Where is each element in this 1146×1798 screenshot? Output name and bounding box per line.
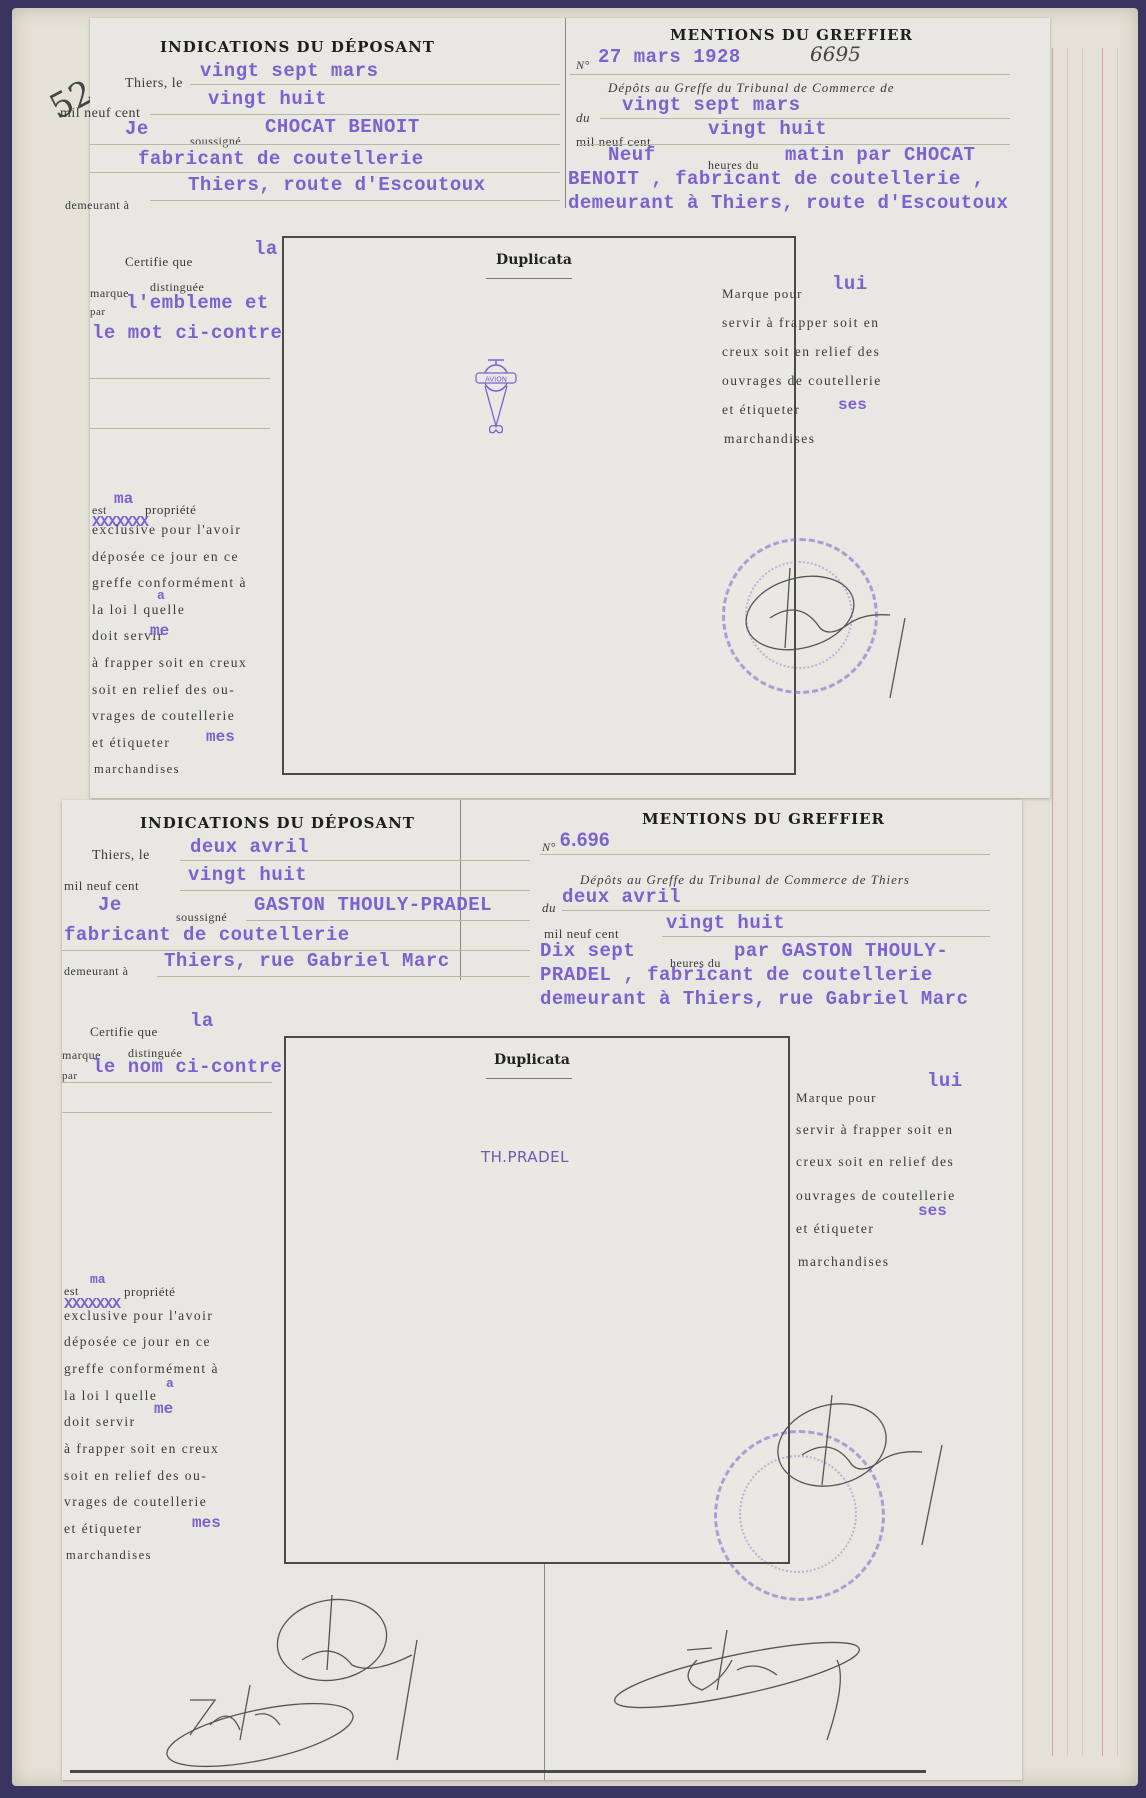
svg-text:AVION: AVION (485, 376, 507, 384)
body-line: marchandises (66, 1548, 152, 1563)
je-value: Je (125, 118, 149, 140)
body-line: servir à frapper soit en (722, 315, 879, 331)
duplicata-title: Duplicata (274, 252, 794, 268)
signature-rouy (730, 558, 930, 698)
ledger-grid-line (1117, 48, 1118, 1756)
body-line: ouvrages de coutellerie (722, 373, 882, 389)
du-value: vingt sept mars (622, 94, 801, 116)
fill-line (540, 854, 990, 855)
marque-etiqueter-value: ses (838, 396, 867, 414)
no-label: N° (576, 58, 590, 73)
deposit-form-2: INDICATIONS DU DÉPOSANT Thiers, le deux … (62, 800, 1022, 1780)
no-label: N° (542, 840, 556, 855)
propriete-label: propriété (145, 502, 196, 518)
body-line: exclusive pour l'avoir (64, 1308, 213, 1324)
profession-value: fabricant de coutellerie (138, 148, 424, 170)
page-edge (70, 1770, 926, 1773)
greffier-line-1: matin par CHOCAT (785, 144, 975, 166)
depositor-name: GASTON THOULY-PRADEL (254, 894, 492, 916)
marque-pour-value: lui (927, 1070, 963, 1092)
body-line: greffe conformément à (64, 1361, 219, 1377)
etiqueter-value: mes (192, 1514, 221, 1532)
address-value: Thiers, rue Gabriel Marc (164, 950, 450, 972)
fill-line (62, 1082, 272, 1083)
fill-line (180, 860, 530, 861)
est-value: ma (90, 1272, 106, 1287)
par-value-2: le mot ci-contre (92, 322, 282, 344)
date-value: vingt sept mars (200, 60, 379, 82)
demeurant-label: demeurant à (65, 198, 129, 213)
greffier-heading: MENTIONS DU GREFFIER (670, 26, 913, 44)
body-line: creux soit en relief des (722, 344, 880, 360)
par-value-1: l'embleme et (126, 292, 269, 314)
marque-pour-label: Marque pour (796, 1090, 877, 1106)
fill-line (90, 144, 560, 145)
doit-value: me (154, 1400, 173, 1418)
certifie-label: Certifie que (90, 1024, 158, 1040)
soussigne-label: soussigné (176, 910, 227, 925)
fill-line (90, 378, 270, 379)
duplicata-box: Duplicata AVION (282, 236, 796, 775)
ledger-grid-line (1067, 48, 1068, 1756)
greffier-heading: MENTIONS DU GREFFIER (642, 810, 885, 828)
ledger-margin-line (1102, 48, 1103, 1756)
body-line: servir à frapper soit en (796, 1122, 953, 1138)
body-line: et étiqueter (92, 735, 170, 751)
par-value-1: le nom ci-contre (92, 1056, 282, 1078)
address-value: Thiers, route d'Escoutoux (188, 174, 486, 196)
fill-line (180, 890, 530, 891)
soussigne-label: soussigné (190, 134, 241, 149)
par-label: par (90, 306, 106, 318)
fill-line (662, 936, 990, 937)
par-label: par (62, 1070, 78, 1082)
fill-line (562, 910, 990, 911)
body-line: à frapper soit en creux (92, 655, 247, 671)
body-line: soit en relief des ou- (64, 1468, 207, 1484)
greffier-line-2: BENOIT , fabricant de coutellerie , (568, 168, 985, 190)
body-line: la loi l quelle (92, 602, 185, 618)
registration-number: 6.696 (560, 830, 610, 852)
loi-insert: a (157, 588, 165, 603)
depositor-name: CHOCAT BENOIT (265, 116, 420, 138)
greffier-line-1: par GASTON THOULY- (734, 940, 948, 962)
marque-label: marque (90, 286, 129, 301)
doit-value: me (150, 622, 169, 640)
title-underline (486, 278, 572, 279)
body-line: et étiqueter (796, 1221, 874, 1237)
body-line: et étiqueter (722, 402, 800, 418)
du-label: du (576, 110, 590, 126)
body-line: doit servir (64, 1414, 136, 1430)
demeurant-label: demeurant à (64, 964, 128, 979)
greffier-line-3: demeurant à Thiers, route d'Escoutoux (568, 192, 1008, 214)
date-value: deux avril (190, 836, 309, 858)
ledger-margin-line (1052, 48, 1053, 1756)
etiqueter-value: mes (206, 728, 235, 746)
body-line: greffe conformément à (92, 575, 247, 591)
city-label: Thiers, le (125, 76, 183, 92)
hour-value: Dix sept (540, 940, 635, 962)
duplicata-box: Duplicata TH.PRADEL (284, 1036, 790, 1564)
deposant-heading: INDICATIONS DU DÉPOSANT (160, 38, 435, 56)
je-value: Je (98, 894, 122, 916)
loi-insert: a (166, 1376, 174, 1391)
greffier-year-value: vingt huit (666, 912, 785, 934)
body-line: et étiqueter (64, 1521, 142, 1537)
body-line: marchandises (94, 762, 180, 777)
title-underline (486, 1078, 572, 1079)
signature-thouly-right (617, 1630, 877, 1740)
du-value: deux avril (562, 886, 681, 908)
body-line: déposée ce jour en ce (92, 549, 239, 565)
duplicata-title: Duplicata (276, 1052, 788, 1068)
du-label: du (542, 900, 556, 916)
marque-pour-label: Marque pour (722, 286, 803, 302)
fill-line (62, 1112, 272, 1113)
body-line: à frapper soit en creux (64, 1441, 219, 1457)
hour-value: Neuf (608, 144, 656, 166)
handwritten-number: 6695 (810, 42, 861, 66)
column-divider (565, 18, 566, 208)
propriete-label: propriété (124, 1284, 175, 1300)
body-line: marchandises (798, 1254, 889, 1270)
city-label: Thiers, le (92, 848, 150, 864)
greffier-line-2: PRADEL , fabricant de coutellerie (540, 964, 933, 986)
profession-value: fabricant de coutellerie (64, 924, 350, 946)
certifie-label: Certifie que (125, 254, 193, 270)
fill-line (246, 920, 530, 921)
body-line: la loi l quelle (64, 1388, 157, 1404)
fill-line (190, 84, 560, 85)
body-line: exclusive pour l'avoir (92, 522, 241, 538)
body-line: soit en relief des ou- (92, 682, 235, 698)
body-line: creux soit en relief des (796, 1154, 954, 1170)
fill-line (90, 428, 270, 429)
deposit-form-1: INDICATIONS DU DÉPOSANT Thiers, le vingt… (90, 18, 1050, 798)
greffier-line-3: demeurant à Thiers, rue Gabriel Marc (540, 988, 968, 1010)
fill-line (150, 114, 560, 115)
certifie-value: la (190, 1010, 214, 1032)
fill-line (90, 172, 560, 173)
est-value: ma (114, 490, 133, 508)
signature-rouy (762, 1385, 962, 1545)
avion-emblem-icon: AVION (474, 356, 534, 446)
trademark-name: TH.PRADEL (481, 1148, 569, 1166)
registration-number: 27 mars 1928 (598, 46, 741, 68)
marque-etiqueter-value: ses (918, 1202, 947, 1220)
fill-line (157, 976, 530, 977)
year-label: mil neuf cent (64, 878, 139, 894)
body-line: vrages de coutellerie (64, 1494, 207, 1510)
year-value: vingt huit (188, 864, 307, 886)
body-line: vrages de coutellerie (92, 708, 235, 724)
fill-line (150, 200, 560, 201)
body-line: marchandises (724, 431, 815, 447)
marque-pour-value: lui (832, 273, 868, 295)
body-line: déposée ce jour en ce (64, 1334, 211, 1350)
deposant-heading: INDICATIONS DU DÉPOSANT (140, 814, 415, 832)
signature-thouly-left (170, 1680, 410, 1798)
fill-line (570, 74, 1010, 75)
ledger-grid-line (1082, 48, 1083, 1756)
greffier-year-value: vingt huit (708, 118, 827, 140)
year-value: vingt huit (208, 88, 327, 110)
